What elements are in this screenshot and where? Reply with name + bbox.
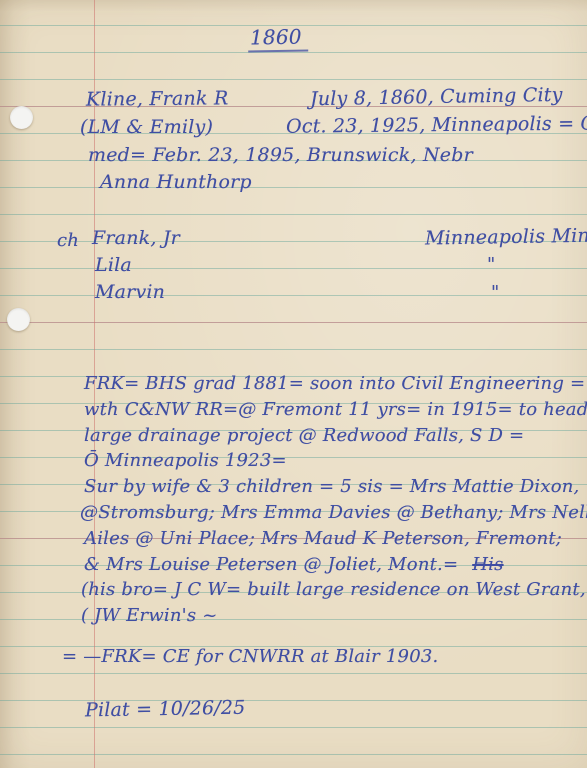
child-name: Marvin: [95, 281, 165, 303]
note-line: large drainage project @ Redwood Falls, …: [84, 423, 587, 449]
punch-hole-bottom: [7, 308, 30, 331]
note-line: Sur by wife & 3 children = 5 sis = Mrs M…: [84, 474, 587, 500]
person-name: Kline, Frank R: [86, 87, 229, 110]
marriage-line: med= Febr. 23, 1895, Brunswick, Nebr: [88, 144, 473, 166]
pink-rule-line: [0, 322, 587, 323]
spouse-name: Anna Hunthorp: [100, 171, 252, 193]
ditto-mark: ": [487, 254, 495, 275]
note-line: wth C&NW RR=@ Fremont 11 yrs= in 1915= t…: [84, 397, 587, 423]
death-date: Oct. 23, 1925, Minneapolis = CC: [286, 112, 587, 137]
note-line: (his bro= J C W= built large residence o…: [81, 577, 587, 603]
addendum-line: = —FRK= CE for CNWRR at Blair 1903.: [62, 646, 438, 667]
punch-hole-top: [10, 106, 33, 129]
child-residence: Minneapolis Minn: [425, 224, 587, 249]
parents: (LM & Emily): [80, 116, 213, 138]
note-line: FRK= BHS grad 1881= soon into Civil Engi…: [84, 371, 587, 397]
ditto-mark: ": [491, 282, 499, 303]
child-name: Lila: [95, 254, 132, 276]
struck-word: His: [472, 554, 503, 575]
note-line: & Mrs Louise Petersen @ Joliet, Mont.=Hi…: [84, 552, 587, 578]
note-line-text: & Mrs Louise Petersen @ Joliet, Mont.=: [84, 554, 458, 575]
notebook-page: 1860 Kline, Frank R July 8, 1860, Cuming…: [0, 0, 587, 768]
note-line: ( JW Erwin's ~: [81, 603, 587, 629]
children-label: ch: [57, 230, 79, 251]
notes-paragraph: FRK= BHS grad 1881= soon into Civil Engi…: [84, 371, 587, 629]
note-line: Ailes @ Uni Place; Mrs Maud K Peterson, …: [84, 526, 587, 552]
birth-date: July 8, 1860, Cuming City: [310, 84, 563, 110]
note-line: Ō Minneapolis 1923=: [84, 448, 587, 474]
note-line: @Stromsburg; Mrs Emma Davies @ Bethany; …: [80, 500, 587, 526]
page-title: 1860: [248, 24, 308, 52]
signoff-date: Pilat = 10/26/25: [85, 697, 246, 722]
child-name: Frank, Jr: [92, 227, 180, 249]
